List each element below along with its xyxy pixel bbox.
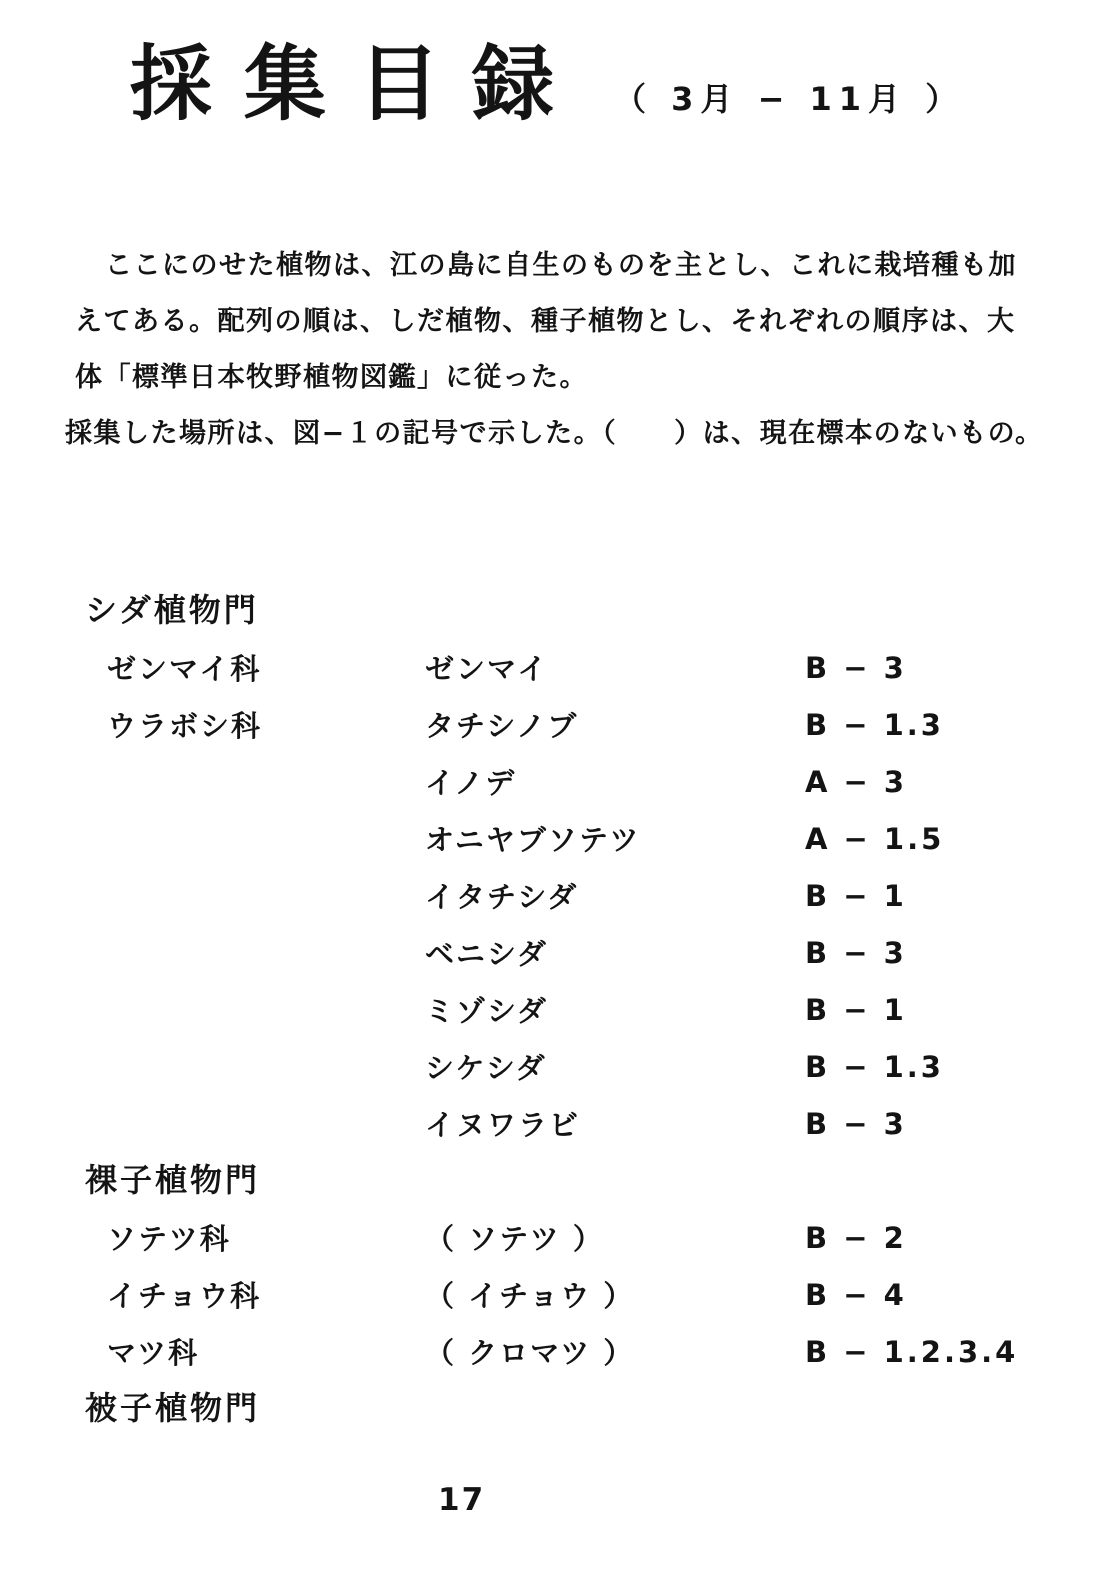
- code-cell: B − 3: [805, 1107, 1045, 1141]
- catalog-row: イヌワラビB − 3: [85, 1095, 1045, 1152]
- code-cell: B − 3: [805, 651, 1045, 685]
- code-cell: A − 1.5: [805, 822, 1045, 856]
- family-cell: ゼンマイ科: [85, 647, 425, 688]
- catalog-row: ミゾシダB − 1: [85, 981, 1045, 1038]
- code-cell: B − 1.3: [805, 708, 1045, 742]
- intro-line-1: ここにのせた植物は、江の島に自生のものを主とし、これに栽培種も加: [65, 238, 1060, 294]
- catalog-row: イノデA − 3: [85, 753, 1045, 810]
- code-cell: B − 4: [805, 1278, 1045, 1312]
- code-cell: A − 3: [805, 765, 1045, 799]
- code-cell: B − 1.2.3.4: [805, 1335, 1045, 1369]
- page-title: 採集目録: [130, 40, 586, 130]
- species-cell: イタチシダ: [425, 875, 805, 916]
- intro-paragraph: ここにのせた植物は、江の島に自生のものを主とし、これに栽培種も加 えてある。配列…: [65, 238, 1060, 462]
- catalog-row: ウラボシ科タチシノブB − 1.3: [85, 696, 1045, 753]
- species-cell: ゼンマイ: [425, 647, 805, 688]
- code-cell: B − 1: [805, 879, 1045, 913]
- intro-line-3: 体「標準日本牧野植物図鑑」に従った。: [65, 350, 1060, 406]
- section-header: 被子植物門: [85, 1380, 1045, 1437]
- family-cell: マツ科: [85, 1331, 425, 1372]
- species-cell: オニヤブソテツ: [425, 818, 805, 859]
- section-header: 裸子植物門: [85, 1152, 1045, 1209]
- catalog-row: ソテツ科（ ソテツ ）B − 2: [85, 1209, 1045, 1266]
- code-cell: B − 1.3: [805, 1050, 1045, 1084]
- species-cell: ミゾシダ: [425, 989, 805, 1030]
- section-header: シダ植物門: [85, 582, 1045, 639]
- species-cell: タチシノブ: [425, 704, 805, 745]
- species-cell: （ クロマツ ）: [425, 1331, 805, 1372]
- species-cell: イノデ: [425, 761, 805, 802]
- catalog-row: オニヤブソテツA − 1.5: [85, 810, 1045, 867]
- scanned-document-page: 採集目録 （ 3月 − 11月 ） ここにのせた植物は、江の島に自生のものを主と…: [0, 0, 1100, 1584]
- catalog-row: イチョウ科（ イチョウ ）B − 4: [85, 1266, 1045, 1323]
- code-cell: B − 2: [805, 1221, 1045, 1255]
- page-number: 17: [438, 1482, 485, 1518]
- catalog-row: ゼンマイ科ゼンマイB − 3: [85, 639, 1045, 696]
- intro-line-2: えてある。配列の順は、しだ植物、種子植物とし、それぞれの順序は、大: [65, 294, 1060, 350]
- title-block: 採集目録 （ 3月 − 11月 ）: [130, 40, 964, 130]
- species-cell: （ ソテツ ）: [425, 1217, 805, 1258]
- catalog-row: シケシダB − 1.3: [85, 1038, 1045, 1095]
- species-cell: シケシダ: [425, 1046, 805, 1087]
- catalog-row: ベニシダB − 3: [85, 924, 1045, 981]
- catalog-row: イタチシダB − 1: [85, 867, 1045, 924]
- family-cell: イチョウ科: [85, 1274, 425, 1315]
- catalog: シダ植物門ゼンマイ科ゼンマイB − 3ウラボシ科タチシノブB − 1.3イノデA…: [85, 582, 1045, 1437]
- family-cell: ウラボシ科: [85, 704, 425, 745]
- species-cell: ベニシダ: [425, 932, 805, 973]
- species-cell: イヌワラビ: [425, 1103, 805, 1144]
- family-cell: ソテツ科: [85, 1217, 425, 1258]
- intro-line-4: 採集した場所は、図−１の記号で示した。（ ）は、現在標本のないもの。: [65, 406, 1060, 462]
- code-cell: B − 3: [805, 936, 1045, 970]
- species-cell: （ イチョウ ）: [425, 1274, 805, 1315]
- catalog-row: マツ科（ クロマツ ）B − 1.2.3.4: [85, 1323, 1045, 1380]
- page-title-date-range: （ 3月 − 11月 ）: [614, 74, 964, 130]
- code-cell: B − 1: [805, 993, 1045, 1027]
